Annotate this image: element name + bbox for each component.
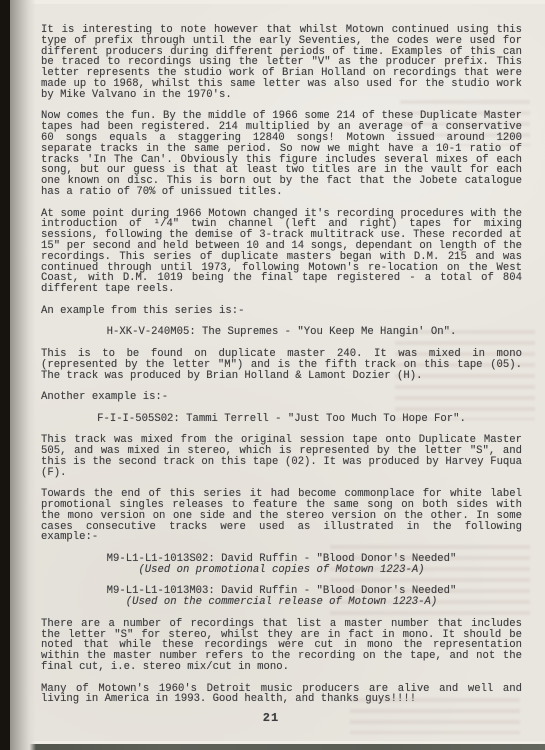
example-block: F-I-I-505S02: Tammi Terrell - "Just Too …: [41, 414, 522, 425]
page-number: 21: [41, 711, 501, 725]
page-bottom-edge: [0, 744, 545, 750]
page-top-edge: [0, 0, 545, 4]
paragraph: Another example is:-: [41, 392, 522, 403]
scanned-page: It is interesting to note however that w…: [0, 0, 545, 750]
page-text-column: It is interesting to note however that w…: [41, 25, 522, 716]
example-line: H-XK-V-240M05: The Supremes - "You Keep …: [41, 327, 522, 338]
paragraph: At some point during 1966 Motown changed…: [41, 209, 522, 295]
paragraph: Now comes the fun. By the middle of 1966…: [41, 111, 522, 197]
paragraph: This track was mixed from the original s…: [41, 435, 522, 478]
paragraph: Many of Motown's 1960's Detroit music pr…: [41, 684, 522, 706]
example-line: F-I-I-505S02: Tammi Terrell - "Just Too …: [41, 414, 522, 425]
example-block: M9-L1-L1-1013S02: David Ruffin - "Blood …: [41, 554, 522, 576]
example-note: (Used on promotional copies of Motown 12…: [41, 565, 522, 576]
paragraph: There are a number of recordings that li…: [41, 619, 522, 673]
paragraph: It is interesting to note however that w…: [41, 25, 522, 101]
example-note: (Used on the commercial release of Motow…: [41, 597, 522, 608]
example-block: H-XK-V-240M05: The Supremes - "You Keep …: [41, 327, 522, 338]
paragraph: Towards the end of this series it had be…: [41, 489, 522, 543]
paragraph: This is to be found on duplicate master …: [41, 349, 522, 381]
paragraph: An example from this series is:-: [41, 306, 522, 317]
binding-edge: [0, 0, 10, 750]
binding-edge-shadow: [10, 0, 36, 750]
example-block: M9-L1-L1-1013M03: David Ruffin - "Blood …: [41, 586, 522, 608]
